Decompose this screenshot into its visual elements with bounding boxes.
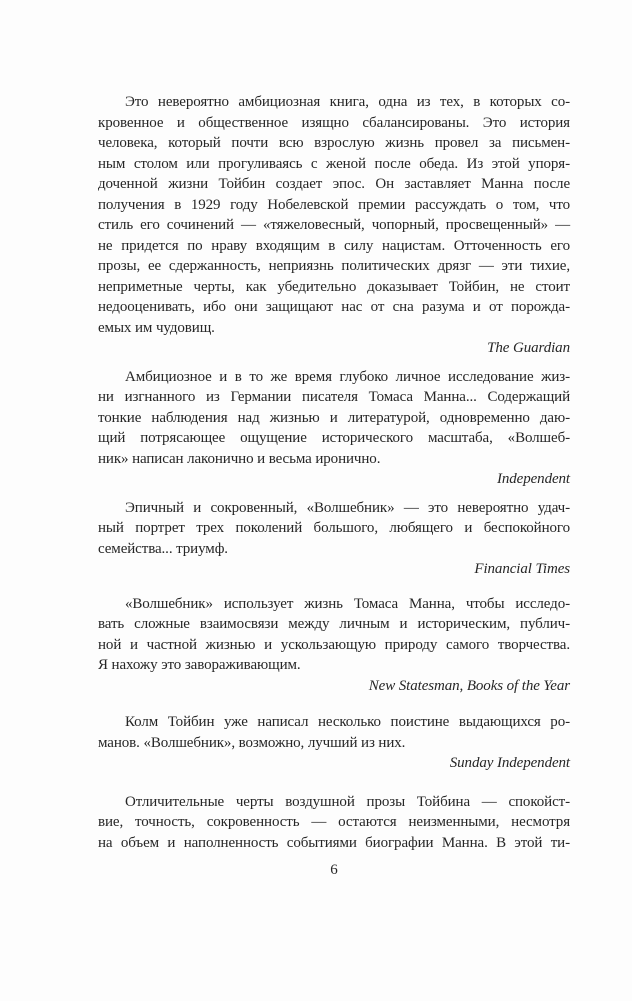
reviews-content: Это невероятно амбициозная книга, одна и… <box>98 92 570 853</box>
quote-text: Эпичный и сокровенный, «Волшебник» — это… <box>98 498 570 539</box>
review-quote: Отличительные черты воздушной прозы Тойб… <box>98 792 570 854</box>
quote-text: Отличительные черты воздушной прозы Тойб… <box>98 792 570 854</box>
quote-text-last-line: Я нахожу это завораживающим. <box>98 655 570 676</box>
book-page: Это невероятно амбициозная книга, одна и… <box>0 0 632 1001</box>
page-number: 6 <box>98 862 570 879</box>
quote-attribution: Sunday Independent <box>98 753 570 774</box>
review-quote: Амбициозное и в то же время глубоко личн… <box>98 367 570 490</box>
quote-attribution: Financial Times <box>98 559 570 580</box>
quote-text-last-line: манов. «Волшебник», возможно, лучший из … <box>98 733 570 754</box>
quote-text-last-line: ник» написан лаконично и весьма иронично… <box>98 449 570 470</box>
quote-text: Колм Тойбин уже написал несколько поисти… <box>98 712 570 733</box>
review-quote: «Волшебник» использует жизнь Томаса Манн… <box>98 594 570 697</box>
quote-text-last-line: семейства... триумф. <box>98 539 570 560</box>
quote-attribution: The Guardian <box>98 338 570 359</box>
quote-text: «Волшебник» использует жизнь Томаса Манн… <box>98 594 570 656</box>
quote-attribution: New Statesman, Books of the Year <box>98 676 570 697</box>
quote-attribution: Independent <box>98 469 570 490</box>
quote-text-last-line: емых им чудовищ. <box>98 318 570 339</box>
review-quote: Колм Тойбин уже написал несколько поисти… <box>98 712 570 774</box>
quote-text: Это невероятно амбициозная книга, одна и… <box>98 92 570 318</box>
review-quote: Эпичный и сокровенный, «Волшебник» — это… <box>98 498 570 580</box>
quote-text: Амбициозное и в то же время глубоко личн… <box>98 367 570 449</box>
review-quote: Это невероятно амбициозная книга, одна и… <box>98 92 570 359</box>
